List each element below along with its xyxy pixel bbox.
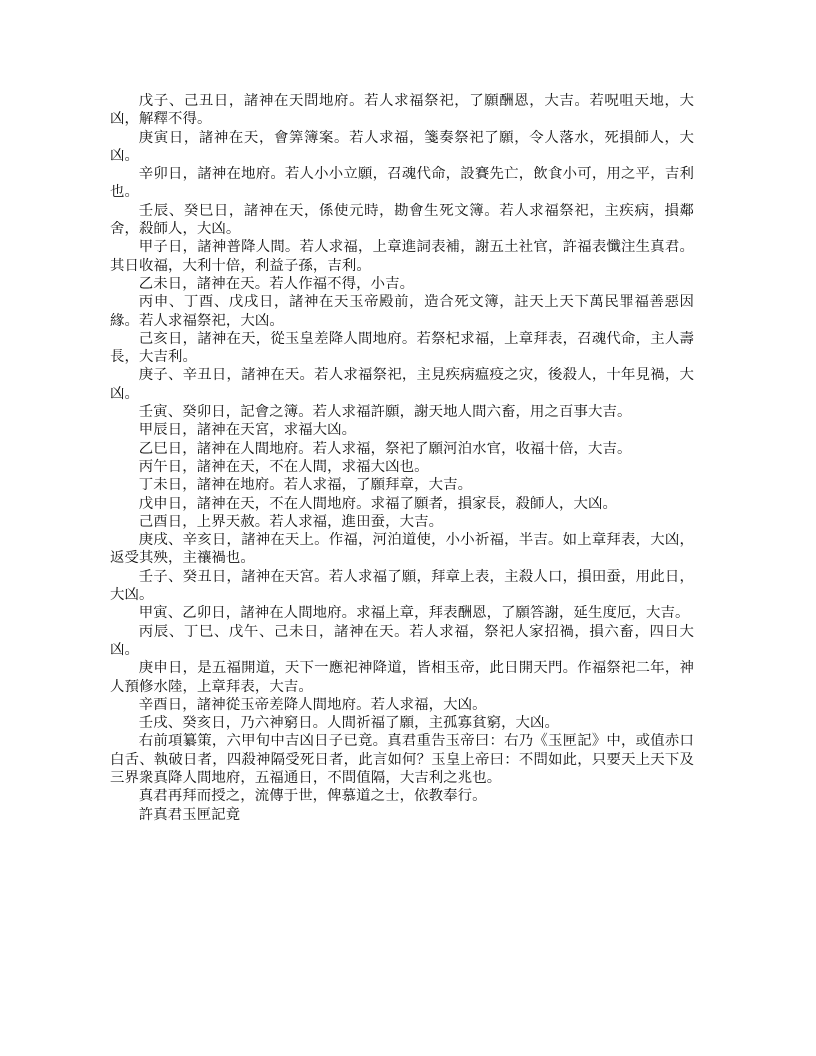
paragraph-yiwei: 乙未日，諸神在天。若人作福不得，小吉。 (110, 275, 694, 293)
document-page: 戊子、己丑日，諸神在天問地府。若人求福祭祀，了願酬恩，大吉。若呪咀天地，大凶，解… (110, 92, 694, 824)
paragraph-gengyin: 庚寅日，諸神在天，會筭簿案。若人求福，箋奏祭祀了願，令人落水，死損師人，大凶。 (110, 129, 694, 166)
paragraph-gengshen: 庚申日，是五福開道，天下一應祀神降道，皆相玉帝，此日開天門。作福祭祀二年，神人預… (110, 659, 694, 696)
paragraph-transmission: 真君再拜而授之，流傳于世，俾慕道之士，依教奉行。 (110, 787, 694, 805)
paragraph-summary: 右前項纂策，六甲旬中吉凶日子已竟。真君重告玉帝曰：右乃《玉匣記》中，或值赤口白舌… (110, 732, 694, 787)
paragraph-colophon: 許真君玉匣記竟 (110, 806, 694, 824)
paragraph-wushen: 戊申日，諸神在天，不在人間地府。求福了願者，損家長，殺師人，大凶。 (110, 495, 694, 513)
paragraph-renyin-guimao: 壬寅、癸卯日，記會之簿。若人求福許願，謝天地人間六畜，用之百事大吉。 (110, 403, 694, 421)
paragraph-renzi-guichou: 壬子、癸丑日，諸神在天宮。若人求福了願，拜章上表，主殺人口，損田蚕，用此日，大凶… (110, 568, 694, 605)
paragraph-renchen-guisi: 壬辰、癸巳日，諸神在天，係使元時，勘會生死文簿。若人求福祭祀，主疾病，損鄰舍，殺… (110, 202, 694, 239)
paragraph-gengxu-xinhai: 庚戌、辛亥日，諸神在天上。作福，河泊道使，小小祈福，半吉。如上章拜表，大凶，返受… (110, 531, 694, 568)
paragraph-jiayin-yimao: 甲寅、乙卯日，諸神在人間地府。求福上章，拜表酬恩，了願答謝，延生度厄，大吉。 (110, 604, 694, 622)
paragraph-jiachen: 甲辰日，諸神在天宮，求福大凶。 (110, 421, 694, 439)
paragraph-jiyou: 己酉日，上界天赦。若人求福，進田蚕，大吉。 (110, 513, 694, 531)
paragraph-xinmao: 辛卯日，諸神在地府。若人小小立願，召魂代命，設賽先亡，飲食小可，用之平，吉利也。 (110, 165, 694, 202)
paragraph-jihai: 己亥日，諸神在天，從玉皇差降人間地府。若祭杞求福，上章拜表，召魂代命，主人壽長，… (110, 330, 694, 367)
paragraph-bingchen-dingsi-wuwu-jiwei: 丙辰、丁巳、戊午、己未日，諸神在天。若人求福，祭祀人家招禍，損六畜，四日大凶。 (110, 623, 694, 660)
paragraph-bingwu: 丙午日，諸神在天，不在人間，求福大凶也。 (110, 458, 694, 476)
paragraph-xinyou: 辛酉日，諸神從玉帝差降人間地府。若人求福，大凶。 (110, 696, 694, 714)
paragraph-yisi: 乙巳日，諸神在人間地府。若人求福，祭祀了願河泊水官，收福十倍，大吉。 (110, 440, 694, 458)
paragraph-gengzi-xinchou: 庚子、辛丑日，諸神在天。若人求福祭祀，主見疾病瘟疫之灾，後殺人，十年見禍，大凶。 (110, 366, 694, 403)
paragraph-dingwei: 丁未日，諸神在地府。若人求福，了願拜章，大吉。 (110, 476, 694, 494)
paragraph-renxu-guihai: 壬戌、癸亥日，乃六神窮日。人間祈福了願，主孤寡貧窮，大凶。 (110, 714, 694, 732)
paragraph-bingshen-dingyou-wuxu: 丙申、丁酉、戊戌日，諸神在天玉帝殿前，造合死文簿，註天上天下萬民罪福善惡因緣。若… (110, 293, 694, 330)
paragraph-wuzi-jichou: 戊子、己丑日，諸神在天問地府。若人求福祭祀，了願酬恩，大吉。若呪咀天地，大凶，解… (110, 92, 694, 129)
paragraph-jiazi: 甲子日，諸神普降人間。若人求福，上章進詞表補，謝五土社官，許福表懺注生真君。其日… (110, 238, 694, 275)
